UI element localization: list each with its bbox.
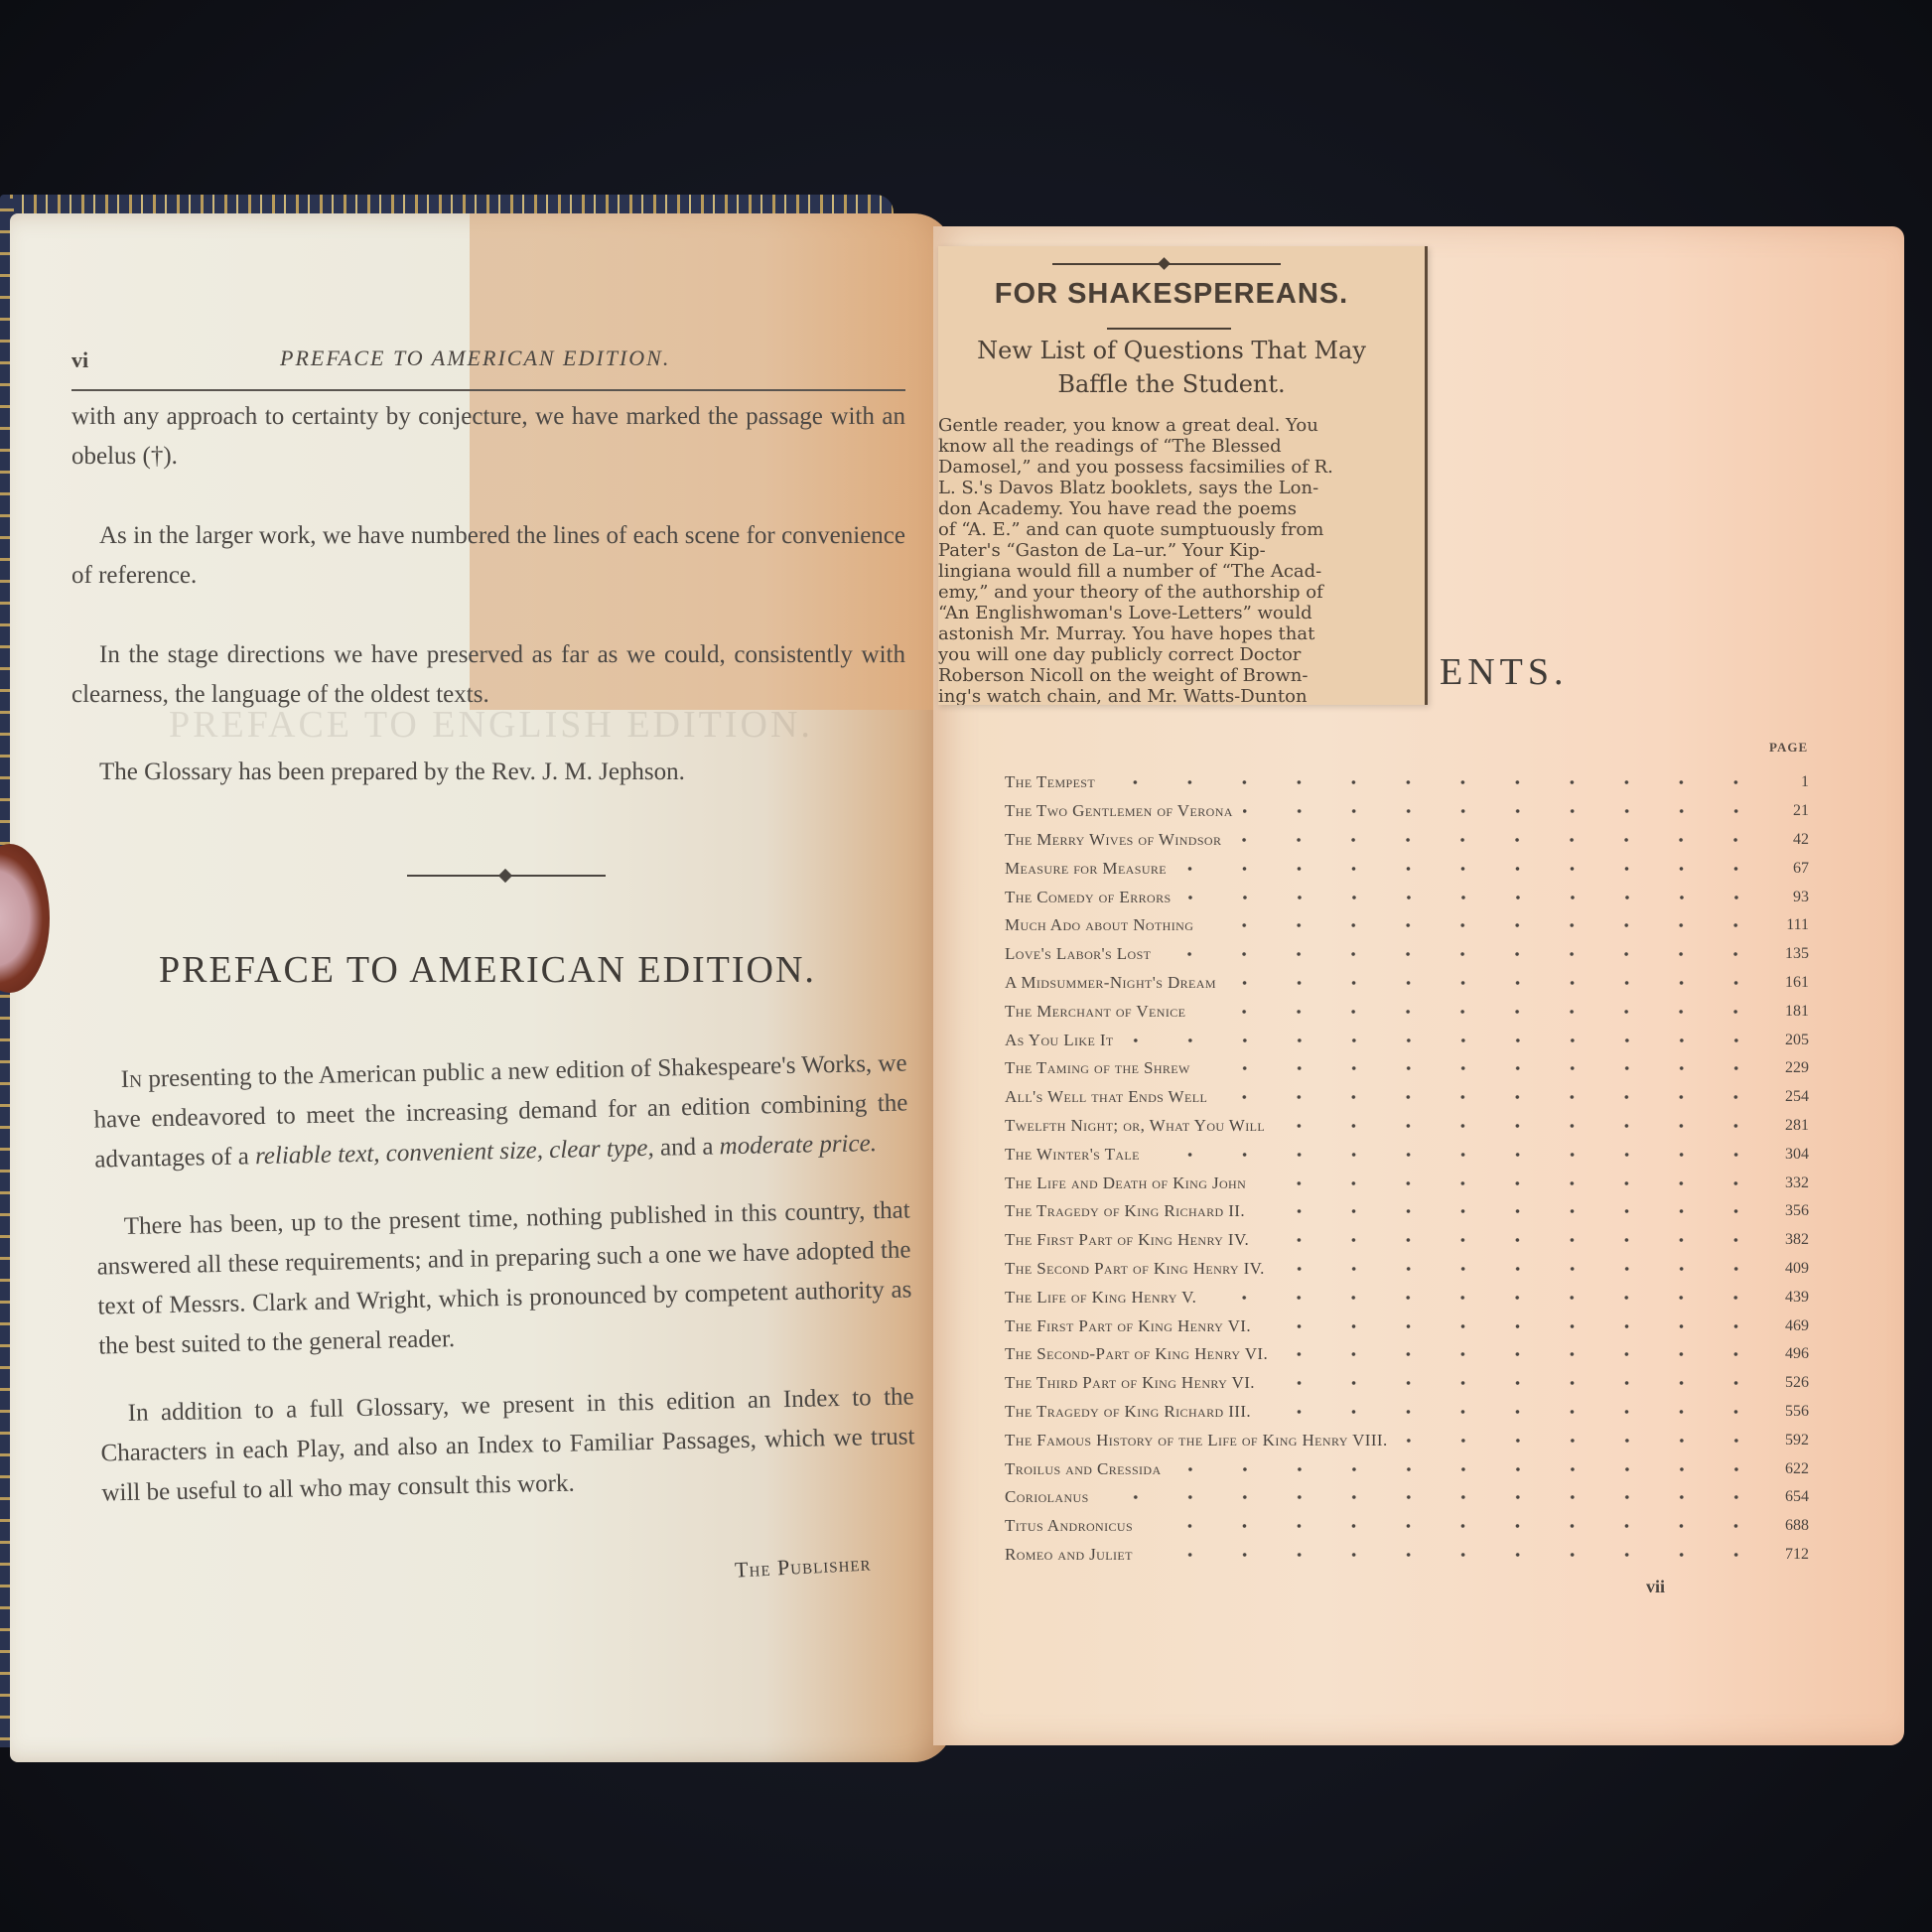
leader-dots: [1099, 1495, 1763, 1499]
toc-entry-title: Measure for Measure: [1005, 859, 1167, 879]
clipping-line: ing's watch chain, and Mr. Watts-Dunton: [938, 686, 1405, 705]
toc-entry-page: 93: [1773, 889, 1809, 906]
toc-entry: The First Part of King Henry IV.382: [1005, 1226, 1809, 1255]
toc-entry: Much Ado about Nothing111: [1005, 911, 1809, 940]
clipping-line: Damosel,” and you possess facsimilies of…: [938, 457, 1405, 478]
toc-entry-page: 382: [1773, 1231, 1809, 1249]
leader-dots: [1200, 1066, 1763, 1070]
toc-entry-title: Titus Andronicus: [1005, 1516, 1133, 1536]
toc-entry-page: 332: [1773, 1174, 1809, 1192]
clipping-headline: FOR SHAKESPEREANS.: [938, 278, 1405, 311]
leader-dots: [1226, 981, 1763, 985]
clipping-line: Gentle reader, you know a great deal. Yo…: [938, 415, 1405, 436]
toc-entry-title: The Life of King Henry V.: [1005, 1288, 1196, 1308]
toc-entry-page: 181: [1773, 1003, 1809, 1021]
toc-entry-page: 161: [1773, 974, 1809, 992]
clipping-body: Gentle reader, you know a great deal. Yo…: [938, 415, 1413, 705]
preface-continued-text: with any approach to certainty by conjec…: [71, 397, 905, 792]
toc-entry-page: 469: [1773, 1317, 1809, 1335]
clipping-line: of “A. E.” and can quote sumptuously fro…: [938, 519, 1405, 540]
toc-entry-title: The Two Gentlemen of Verona: [1005, 801, 1233, 821]
toc-entry: The First Part of King Henry VI.469: [1005, 1311, 1809, 1340]
toc-entry-page: 688: [1773, 1517, 1809, 1535]
toc-entry: The Second Part of King Henry IV.409: [1005, 1255, 1809, 1284]
toc-entry-title: The First Part of King Henry VI.: [1005, 1316, 1251, 1336]
toc-entry: The Tragedy of King Richard II.356: [1005, 1197, 1809, 1226]
toc-entry-title: The Tempest: [1005, 772, 1095, 792]
toc-entry: Measure for Measure67: [1005, 854, 1809, 883]
toc-entry-title: As You Like It: [1005, 1031, 1114, 1050]
clipping-line: Pater's “Gaston de La–ur.” Your Kip-: [938, 540, 1405, 561]
leader-dots: [1105, 780, 1763, 784]
leader-dots: [1143, 1524, 1763, 1528]
toc-entry-page: 654: [1773, 1488, 1809, 1506]
toc-entry-page: 21: [1773, 802, 1809, 820]
paragraph-2: There has been, up to the present time, …: [95, 1190, 912, 1366]
running-head: vi PREFACE TO AMERICAN EDITION.: [71, 338, 905, 391]
toc-entry-page: 439: [1773, 1289, 1809, 1307]
toc-entry-title: The Merry Wives of Windsor: [1005, 830, 1221, 850]
leader-dots: [1176, 867, 1763, 871]
toc-entry: Coriolanus654: [1005, 1483, 1809, 1512]
leader-dots: [1275, 1124, 1763, 1128]
clipping-line: know all the readings of “The Blessed: [938, 436, 1405, 457]
toc-entry-page: 254: [1773, 1088, 1809, 1106]
toc-entry-page: 281: [1773, 1117, 1809, 1135]
leader-dots: [1398, 1439, 1763, 1443]
leader-dots: [1150, 1153, 1763, 1157]
page-folio-left: vi: [71, 347, 88, 373]
toc-entry: The Winter's Tale304: [1005, 1140, 1809, 1169]
toc-entry-title: The Second-Part of King Henry VI.: [1005, 1344, 1268, 1364]
toc-entry-title: The Merchant of Venice: [1005, 1002, 1185, 1022]
toc-entry: The Two Gentlemen of Verona21: [1005, 797, 1809, 826]
leader-dots: [1261, 1410, 1763, 1414]
toc-entry: The Merry Wives of Windsor42: [1005, 826, 1809, 855]
toc-entry-title: The Life and Death of King John: [1005, 1173, 1246, 1193]
toc-entry-page: 622: [1773, 1460, 1809, 1478]
toc-entry-title: Love's Labor's Lost: [1005, 944, 1151, 964]
leader-dots: [1161, 952, 1763, 956]
toc-entry: The Second-Part of King Henry VI.496: [1005, 1340, 1809, 1369]
toc-entry-title: Much Ado about Nothing: [1005, 915, 1193, 935]
toc-entry-page: 229: [1773, 1059, 1809, 1077]
toc-entry-page: 67: [1773, 860, 1809, 878]
leader-dots: [1259, 1238, 1763, 1242]
paragraph-3: In addition to a full Glossary, we prese…: [99, 1377, 915, 1513]
toc-entry-title: The First Part of King Henry IV.: [1005, 1230, 1249, 1250]
toc-entry: The Life and Death of King John332: [1005, 1169, 1809, 1197]
leader-dots: [1278, 1352, 1763, 1356]
toc-entry: The Merchant of Venice181: [1005, 997, 1809, 1026]
toc-entry-page: 712: [1773, 1546, 1809, 1564]
toc-entry-title: The Famous History of the Life of King H…: [1005, 1431, 1388, 1450]
clipping-subheadline: New List of Questions That May Baffle th…: [938, 334, 1405, 401]
toc-entry: The Famous History of the Life of King H…: [1005, 1426, 1809, 1454]
toc-entry-page: 135: [1773, 945, 1809, 963]
toc-entry-title: The Second Part of King Henry IV.: [1005, 1259, 1265, 1279]
leader-dots: [1275, 1267, 1763, 1271]
toc-entry: Titus Andronicus688: [1005, 1512, 1809, 1541]
clipping-ornament: [1052, 259, 1281, 269]
newspaper-clipping: FOR SHAKESPEREANS. New List of Questions…: [938, 246, 1428, 705]
toc-entry-page: 356: [1773, 1202, 1809, 1220]
leader-dots: [1172, 1467, 1763, 1471]
toc-entry-page: 304: [1773, 1146, 1809, 1164]
toc-entry: The Comedy of Errors93: [1005, 883, 1809, 911]
toc-entry: A Midsummer-Night's Dream161: [1005, 969, 1809, 998]
toc-entry-page: 42: [1773, 831, 1809, 849]
clipping-line: L. S.'s Davos Blatz booklets, says the L…: [938, 478, 1405, 498]
clipping-line: “An Englishwoman's Love-Letters” would: [938, 603, 1405, 623]
toc-entry-page: 496: [1773, 1345, 1809, 1363]
leader-dots: [1181, 896, 1763, 899]
diamond-ornament-icon: [1158, 257, 1171, 270]
leader-dots: [1255, 1209, 1763, 1213]
toc-entry: Twelfth Night; or, What You Will281: [1005, 1112, 1809, 1141]
leader-dots: [1217, 1095, 1763, 1099]
toc-entry-page: 556: [1773, 1403, 1809, 1421]
toc-entry: Troilus and Cressida622: [1005, 1454, 1809, 1483]
clipping-line: lingiana would fill a number of “The Aca…: [938, 561, 1405, 582]
toc-entry-page: 205: [1773, 1032, 1809, 1049]
toc-entry-title: Twelfth Night; or, What You Will: [1005, 1116, 1265, 1136]
toc-entry-title: The Tragedy of King Richard III.: [1005, 1402, 1251, 1422]
paragraph: In the stage directions we have preserve…: [71, 635, 905, 715]
section-title: PREFACE TO AMERICAN EDITION.: [159, 948, 816, 992]
leader-dots: [1203, 923, 1763, 927]
toc-entry-page: 409: [1773, 1260, 1809, 1278]
leader-dots: [1124, 1038, 1763, 1042]
toc-entry: Romeo and Juliet712: [1005, 1541, 1809, 1570]
toc-entry: All's Well that Ends Well254: [1005, 1083, 1809, 1112]
paragraph: with any approach to certainty by conjec…: [71, 397, 905, 477]
clipping-line: astonish Mr. Murray. You have hopes that: [938, 623, 1405, 644]
running-head-title: PREFACE TO AMERICAN EDITION.: [280, 345, 670, 371]
paragraph: The Glossary has been prepared by the Re…: [71, 753, 905, 792]
toc-entry-title: The Third Part of King Henry VI.: [1005, 1373, 1255, 1393]
toc-entry: The Tempest1: [1005, 768, 1809, 797]
leader-dots: [1143, 1553, 1763, 1557]
leader-dots: [1265, 1381, 1763, 1385]
paragraph: As in the larger work, we have numbered …: [71, 516, 905, 596]
toc-entry-page: 111: [1773, 916, 1809, 934]
toc-entry-title: The Tragedy of King Richard II.: [1005, 1201, 1245, 1221]
toc-entry-title: Coriolanus: [1005, 1487, 1089, 1507]
toc-entry-page: 526: [1773, 1374, 1809, 1392]
toc-entry: The Tragedy of King Richard III.556: [1005, 1398, 1809, 1427]
toc-entry-title: A Midsummer-Night's Dream: [1005, 973, 1216, 993]
contents-title: ENTS.: [1440, 650, 1569, 694]
toc-entry-page: 592: [1773, 1432, 1809, 1449]
paragraph-1: In presenting to the American public a n…: [92, 1043, 908, 1179]
toc-entry-title: Romeo and Juliet: [1005, 1545, 1133, 1565]
leader-dots: [1231, 838, 1763, 842]
leader-dots: [1243, 809, 1763, 813]
toc-entry-title: The Comedy of Errors: [1005, 888, 1172, 907]
diamond-ornament-icon: [498, 869, 512, 883]
clipping-line: don Academy. You have read the poems: [938, 498, 1405, 519]
leader-dots: [1195, 1010, 1763, 1014]
table-of-contents: The Tempest1The Two Gentlemen of Verona2…: [1005, 768, 1809, 1569]
clipping-line: Roberson Nicoll on the weight of Brown-: [938, 665, 1405, 686]
toc-entry-title: Troilus and Cressida: [1005, 1459, 1162, 1479]
clipping-line: emy,” and your theory of the authorship …: [938, 582, 1405, 603]
leader-dots: [1206, 1296, 1763, 1300]
toc-entry: The Life of King Henry V.439: [1005, 1283, 1809, 1311]
toc-entry: As You Like It205: [1005, 1026, 1809, 1054]
toc-entry-title: The Taming of the Shrew: [1005, 1058, 1190, 1078]
clipping-rule: [1107, 328, 1231, 330]
section-ornament: [407, 870, 606, 882]
preface-american-body: In presenting to the American public a n…: [92, 1043, 915, 1513]
page-folio-right: vii: [1646, 1577, 1665, 1597]
toc-entry-title: The Winter's Tale: [1005, 1145, 1140, 1165]
toc-entry-page: 1: [1773, 773, 1809, 791]
clipping-line: you will one day publicly correct Doctor: [938, 644, 1405, 665]
toc-entry-title: All's Well that Ends Well: [1005, 1087, 1207, 1107]
toc-entry: Love's Labor's Lost135: [1005, 940, 1809, 969]
page-column-label: PAGE: [1769, 740, 1808, 756]
leader-dots: [1261, 1324, 1763, 1328]
toc-entry: The Third Part of King Henry VI.526: [1005, 1369, 1809, 1398]
toc-entry: The Taming of the Shrew229: [1005, 1054, 1809, 1083]
leader-dots: [1256, 1181, 1763, 1185]
